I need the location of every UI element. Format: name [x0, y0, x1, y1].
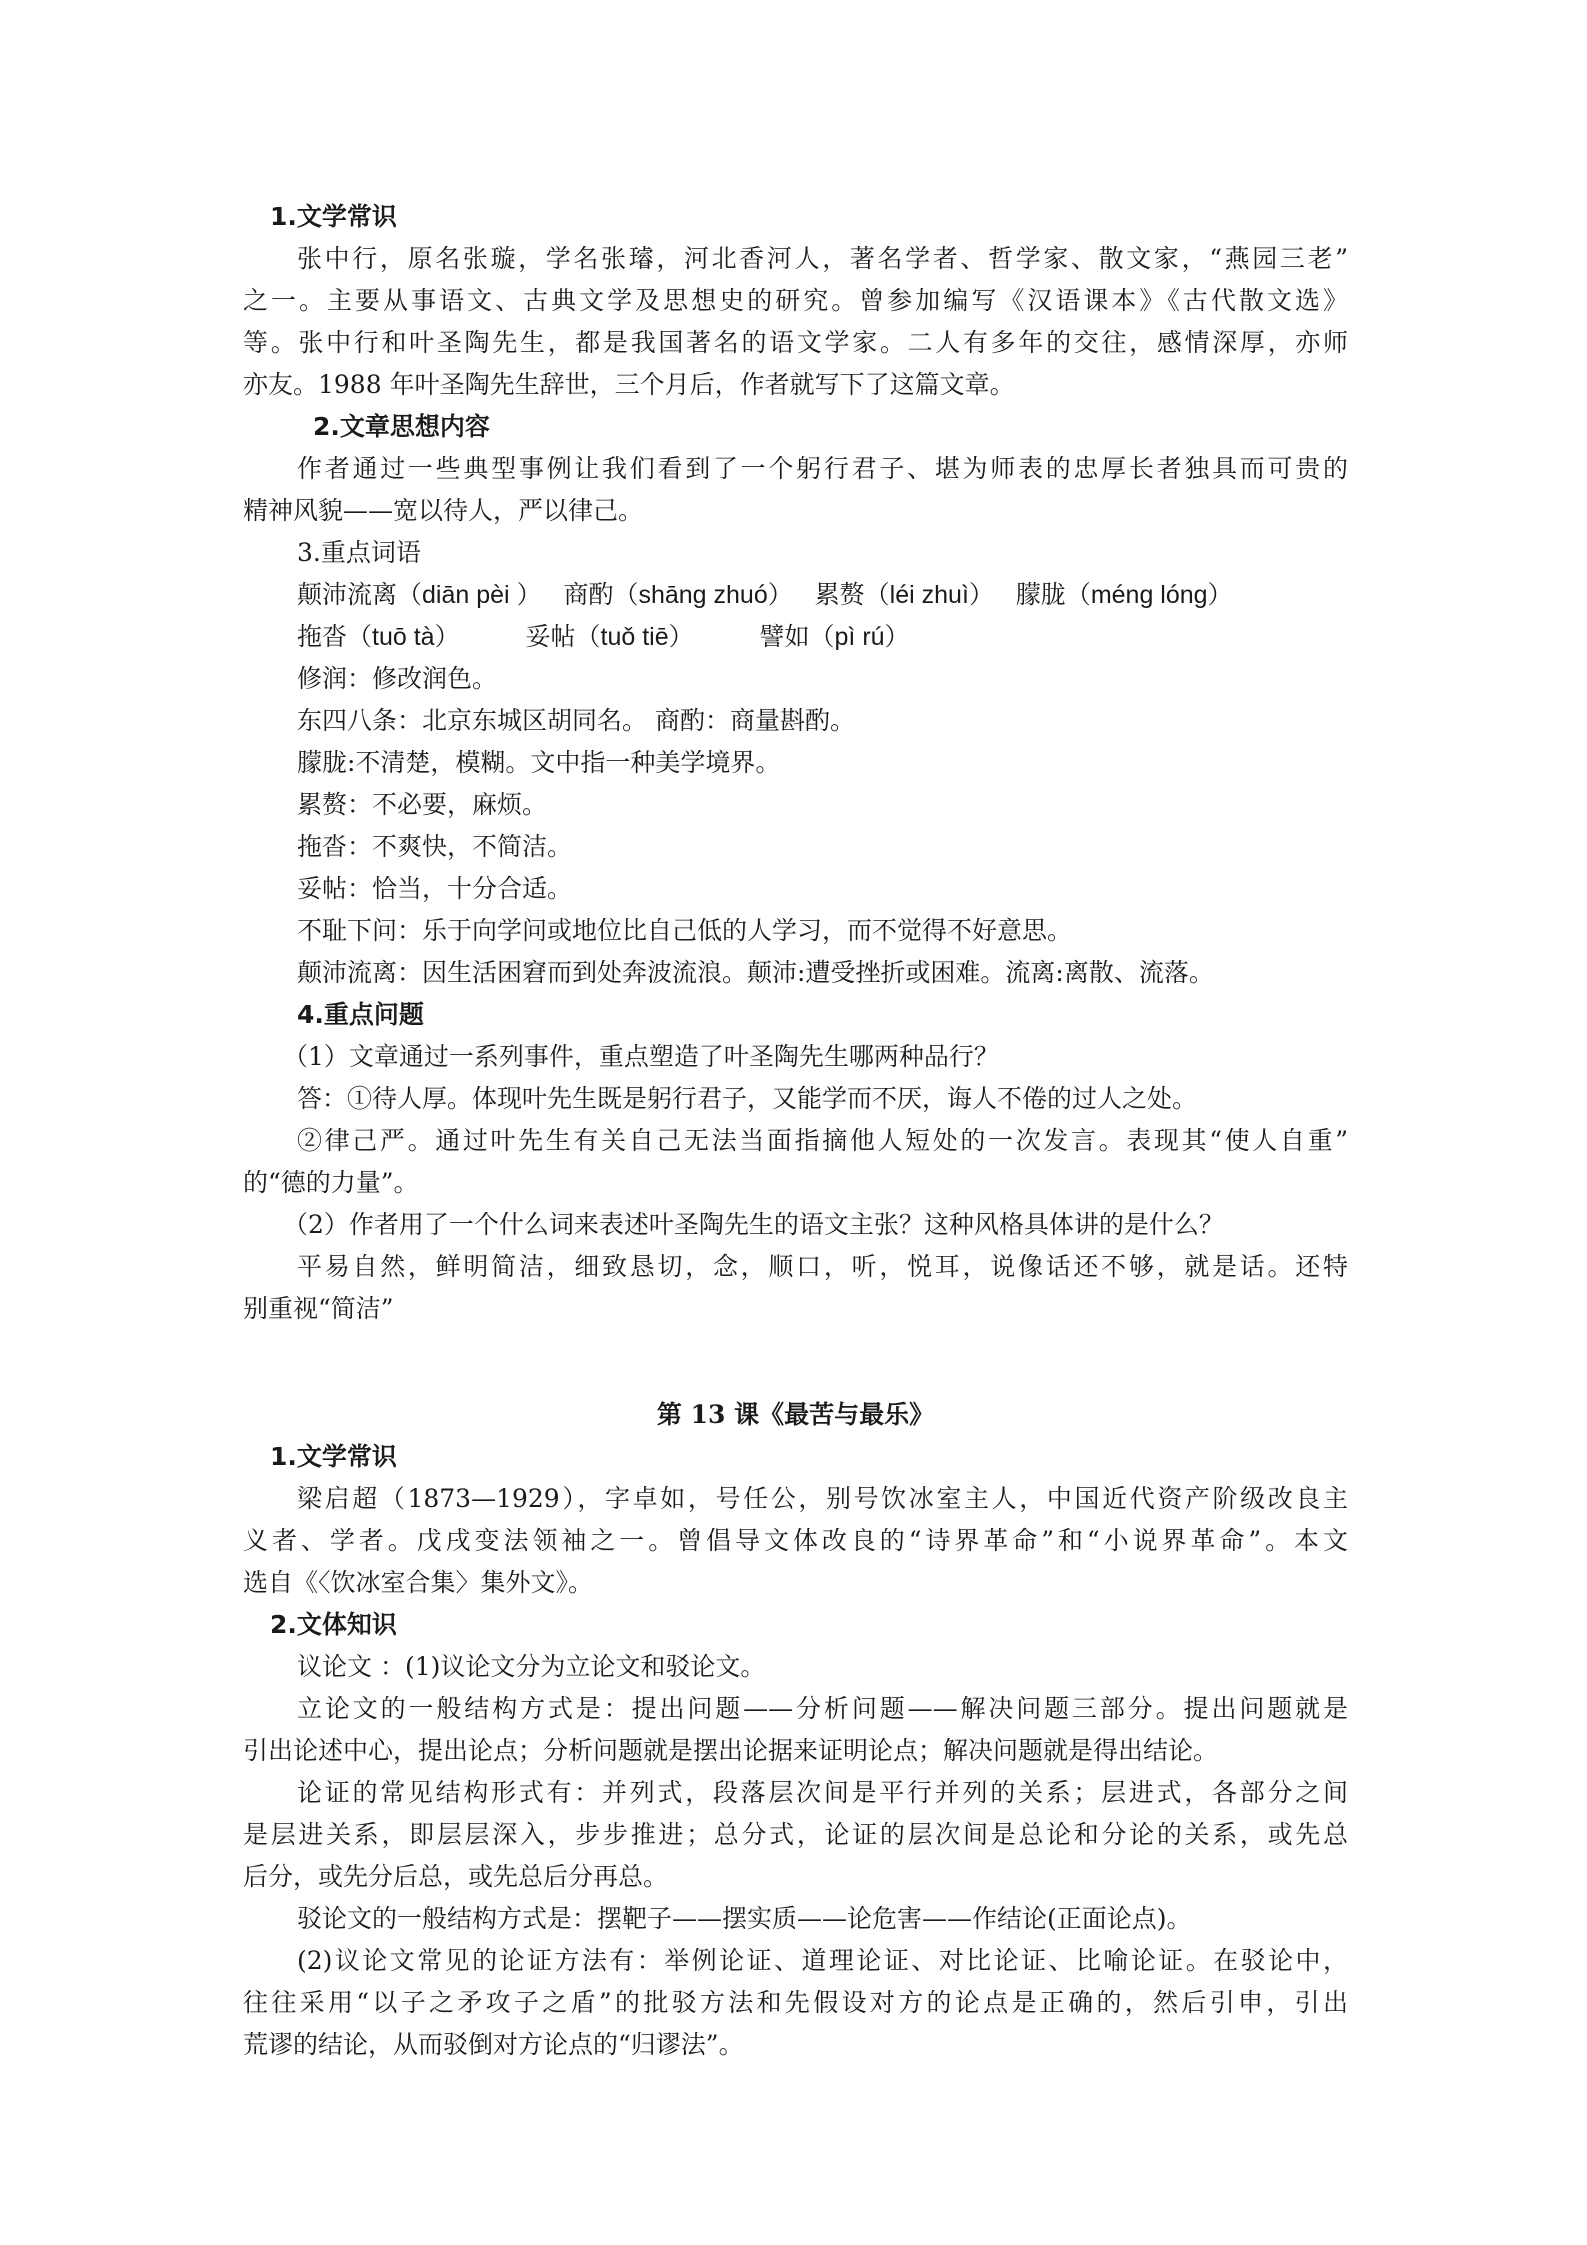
- definition-line: 妥帖：恰当，十分合适。: [243, 868, 1348, 910]
- paragraph-line: 是层进关系，即层层深入，步步推进；总分式，论证的层次间是总论和分论的关系，或先总: [243, 1814, 1348, 1856]
- paragraph-line: (2)议论文常见的论证方法有：举例论证、道理论证、对比论证、比喻论证。在驳论中，: [243, 1940, 1348, 1982]
- definition-line: 修润：修改润色。: [243, 658, 1348, 700]
- vocab-word: 商酌: [563, 580, 613, 609]
- answer-line: 答：①待人厚。体现叶先生既是躬行君子，又能学而不厌，诲人不倦的过人之处。: [243, 1078, 1348, 1120]
- vocab-pinyin: （tuǒ tiē）: [576, 623, 694, 651]
- vocab-word: 譬如: [760, 622, 810, 651]
- vocab-word: 颠沛流离: [297, 580, 397, 609]
- definition-line: 颠沛流离：因生活困窘而到处奔波流浪。颠沛:遭受挫折或困难。流离:离散、流落。: [243, 952, 1348, 994]
- paragraph-line: 往往采用“以子之矛攻子之盾”的批驳方法和先假设对方的论点是正确的，然后引申，引出: [243, 1982, 1348, 2024]
- definition-line: 朦胧:不清楚，模糊。文中指一种美学境界。: [243, 742, 1348, 784]
- question-line: （1）文章通过一系列事件，重点塑造了叶圣陶先生哪两种品行？: [243, 1036, 1348, 1078]
- vocab-row: 颠沛流离（diān pèi ） 商酌（shāng zhuó） 累赘（léi zh…: [243, 574, 1348, 616]
- paragraph-line: 作者通过一些典型事例让我们看到了一个躬行君子、堪为师表的忠厚长者独具而可贵的: [243, 448, 1348, 490]
- definition-line: 累赘：不必要，麻烦。: [243, 784, 1348, 826]
- paragraph-line: 后分，或先分后总，或先总后分再总。: [243, 1856, 1348, 1898]
- paragraph-line: 亦友。1988 年叶圣陶先生辞世，三个月后，作者就写下了这篇文章。: [243, 364, 1348, 406]
- answer-line: ②律己严。通过叶先生有关自己无法当面指摘他人短处的一次发言。表现其“使人自重”: [243, 1120, 1348, 1162]
- section-heading: 2.文体知识: [243, 1604, 1348, 1646]
- section-heading: 1.文学常识: [243, 1436, 1348, 1478]
- lesson-title: 第 13 课《最苦与最乐》: [243, 1394, 1348, 1436]
- question-line: （2）作者用了一个什么词来表述叶圣陶先生的语文主张？这种风格具体讲的是什么？: [243, 1204, 1348, 1246]
- definition-line: 不耻下问：乐于向学问或地位比自己低的人学习，而不觉得不好意思。: [243, 910, 1348, 952]
- vocab-word: 累赘: [815, 580, 865, 609]
- paragraph-line: 引出论述中心，提出论点；分析问题就是摆出论据来证明论点；解决问题就是得出结论。: [243, 1730, 1348, 1772]
- answer-line: 平易自然，鲜明简洁，细致恳切，念，顺口，听，悦耳，说像话还不够，就是话。还特: [243, 1246, 1348, 1288]
- paragraph-line: 张中行，原名张璇，学名张璿，河北香河人，著名学者、哲学家、散文家，“燕园三老”: [243, 238, 1348, 280]
- paragraph-line: 之一。主要从事语文、古典文学及思想史的研究。曾参加编写《汉语课本》《古代散文选》: [243, 280, 1348, 322]
- paragraph-line: 驳论文的一般结构方式是：摆靶子——摆实质——论危害——作结论(正面论点)。: [243, 1898, 1348, 1940]
- vocab-pinyin: （shāng zhuó）: [613, 581, 792, 609]
- vocab-word: 拖沓: [297, 622, 347, 651]
- vocab-word: 朦胧: [1016, 580, 1066, 609]
- paragraph-line: 立论文的一般结构方式是：提出问题——分析问题——解决问题三部分。提出问题就是: [243, 1688, 1348, 1730]
- vocab-pinyin: （tuō tà）: [347, 623, 460, 651]
- vocab-pinyin: （diān pèi ）: [397, 581, 542, 609]
- section-heading: 3.重点词语: [243, 532, 1348, 574]
- definition-line: 东四八条：北京东城区胡同名。 商酌：商量斟酌。: [243, 700, 1348, 742]
- paragraph-line: 梁启超（1873—1929），字卓如，号任公，别号饮冰室主人，中国近代资产阶级改…: [243, 1478, 1348, 1520]
- paragraph-line: 选自《〈饮冰室合集〉集外文》。: [243, 1562, 1348, 1604]
- vocab-pinyin: （léi zhuì）: [865, 581, 994, 609]
- vocab-pinyin: （pì rú）: [810, 623, 910, 651]
- document-page: 1.文学常识 张中行，原名张璇，学名张璿，河北香河人，著名学者、哲学家、散文家，…: [243, 196, 1348, 2066]
- paragraph-line: 论证的常见结构形式有：并列式，段落层次间是平行并列的关系；层进式，各部分之间: [243, 1772, 1348, 1814]
- section-heading: 2.文章思想内容: [243, 406, 1348, 448]
- paragraph-line: 义者、学者。戊戌变法领袖之一。曾倡导文体改良的“诗界革命”和“小说界革命”。本文: [243, 1520, 1348, 1562]
- section-heading: 4.重点问题: [243, 994, 1348, 1036]
- definition-line: 拖沓：不爽快，不简洁。: [243, 826, 1348, 868]
- section-heading: 1.文学常识: [243, 196, 1348, 238]
- paragraph-line: 精神风貌——宽以待人，严以律己。: [243, 490, 1348, 532]
- answer-line: 别重视“简洁”: [243, 1288, 1348, 1330]
- answer-line: 的“德的力量”。: [243, 1162, 1348, 1204]
- vocab-row: 拖沓（tuō tà） 妥帖（tuǒ tiē） 譬如（pì rú）: [243, 616, 1348, 658]
- vocab-pinyin: （méng lóng）: [1066, 581, 1233, 609]
- paragraph-line: 等。张中行和叶圣陶先生，都是我国著名的语文学家。二人有多年的交往，感情深厚，亦师: [243, 322, 1348, 364]
- paragraph-line: 议论文 ：(1)议论文分为立论文和驳论文。: [243, 1646, 1348, 1688]
- paragraph-line: 荒谬的结论，从而驳倒对方论点的“归谬法”。: [243, 2024, 1348, 2066]
- vocab-word: 妥帖: [525, 622, 575, 651]
